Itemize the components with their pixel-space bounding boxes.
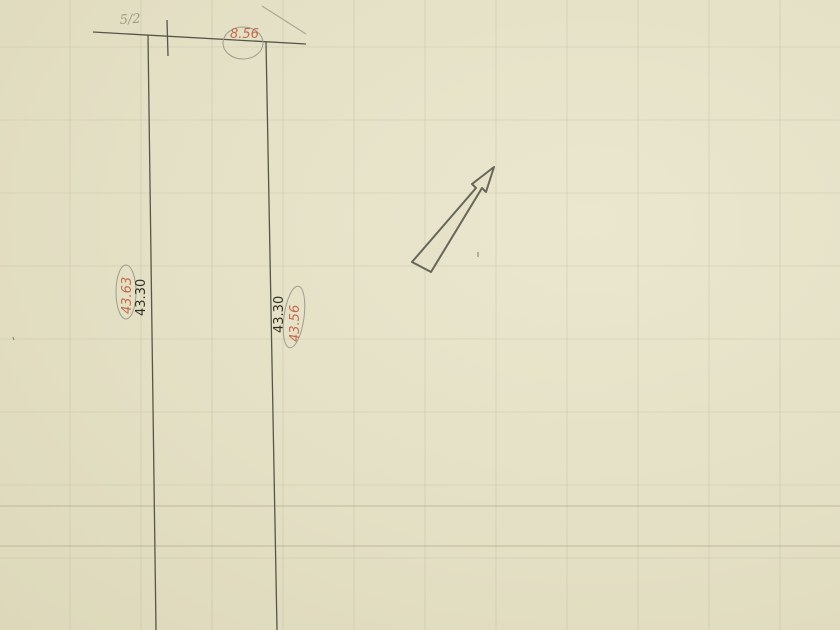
left-black-distance: 43.30 [134,279,149,316]
top-width-label: 8.56 [230,27,259,42]
pencil-dot [13,337,14,340]
left-red-distance: 43.63 [120,277,135,314]
left-boundary-line [148,35,156,630]
right-red-distance: 43.56 [288,305,303,342]
pencil-note: 5/2 [119,12,141,28]
right-boundary-line [266,42,277,630]
survey-drawing: 8.56 5/2 43.63 43.30 43.30 43.56 [0,0,840,630]
top-boundary-line [93,32,306,44]
stray-pencil-stroke [262,6,306,34]
north-arrow-icon [412,167,494,272]
tick-mark [167,20,168,56]
